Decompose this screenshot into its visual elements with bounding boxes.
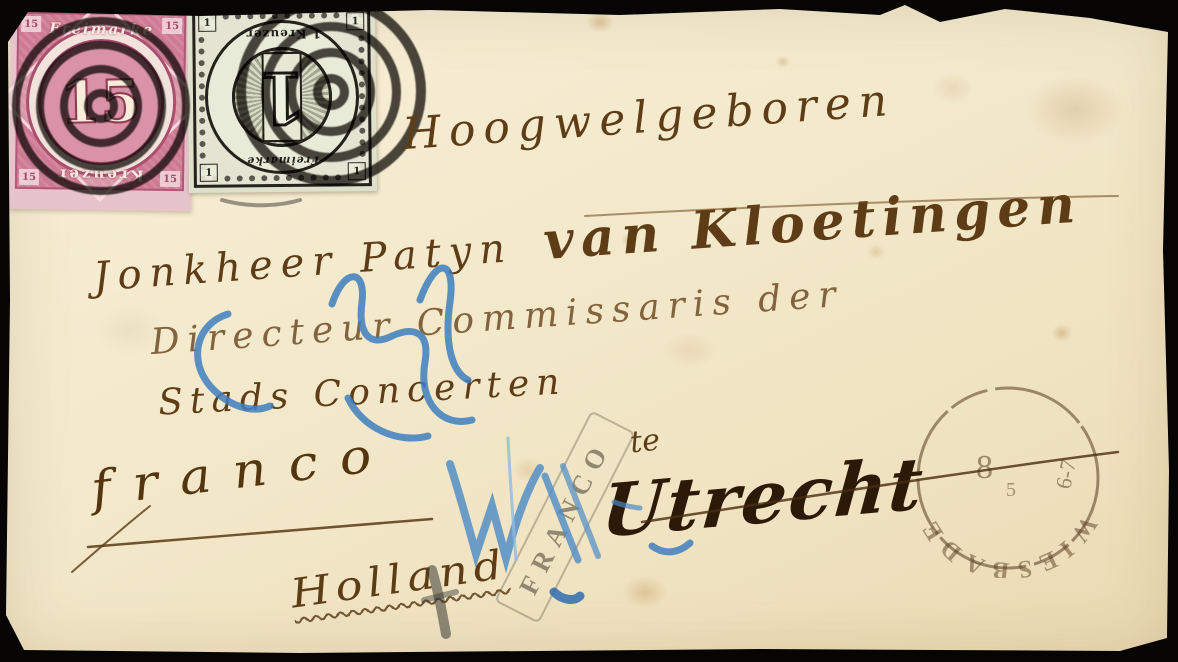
stamp-15-corner-numeral: 15 xyxy=(160,171,180,187)
address-te: te xyxy=(628,423,661,461)
ring-cancel-left xyxy=(12,17,190,195)
stamp-15-corner-numeral: 15 xyxy=(21,16,41,32)
datestamp-time-range: 6-7 xyxy=(1050,457,1081,491)
stamp-15-corner-numeral: 15 xyxy=(19,169,39,185)
stamp-15-corner-numeral: 15 xyxy=(162,18,182,34)
stamp-1-corner-numeral: 1 xyxy=(198,14,216,32)
datestamp-minute: 5 xyxy=(1006,479,1016,501)
cover-photo: 15 Freimarke Kreuzer 15 15 15 15 1 Kreuz… xyxy=(0,0,1178,662)
envelope: 15 Freimarke Kreuzer 15 15 15 15 1 Kreuz… xyxy=(0,0,1178,662)
datestamp-hour: 8 xyxy=(976,449,993,486)
wiesbaden-datestamp: WIESBADEN 8 5 6-7 xyxy=(908,378,1108,578)
stamp-1-corner-numeral: 1 xyxy=(200,164,218,182)
ring-cancel-right xyxy=(236,0,426,186)
